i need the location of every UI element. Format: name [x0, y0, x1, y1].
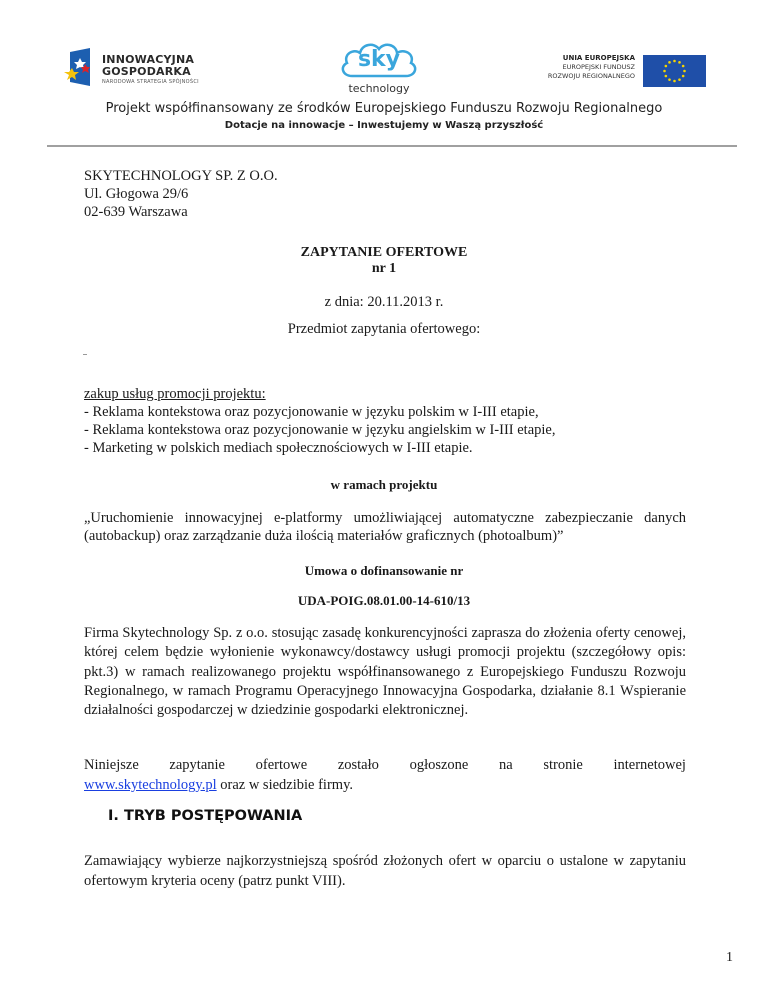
sky-wordmark: sky [330, 48, 428, 72]
company-city: 02-639 Warszawa [84, 203, 278, 221]
publication-word: ogłoszone [410, 755, 469, 775]
company-name: SKYTECHNOLOGY SP. Z O.O. [84, 167, 278, 185]
document-number: nr 1 [0, 261, 768, 277]
small-dash-mark [83, 354, 87, 355]
within-project-heading: w ramach projektu [0, 477, 768, 493]
technology-wordmark: technology [330, 82, 428, 95]
scope-item: - Reklama kontekstowa oraz pozycjonowani… [84, 421, 555, 439]
agreement-label: Umowa o dofinansowanie nr [0, 563, 768, 579]
document-title-block: ZAPYTANIE OFERTOWE nr 1 [0, 245, 768, 277]
ue-line2: EUROPEJSKI FUNDUSZ [510, 63, 635, 72]
document-title: ZAPYTANIE OFERTOWE [0, 245, 768, 261]
publication-line-1: Niniejszezapytanieofertowezostałoogłoszo… [84, 755, 686, 775]
scope-heading: zakup usług promocji projektu: [84, 385, 555, 403]
document-date: z dnia: 20.11.2013 r. [0, 293, 768, 311]
website-link[interactable]: www.skytechnology.pl [84, 777, 217, 793]
company-street: Ul. Głogowa 29/6 [84, 185, 278, 203]
unia-europejska-logo: UNIA EUROPEJSKA EUROPEJSKI FUNDUSZ ROZWO… [510, 50, 705, 90]
page-number: 1 [726, 950, 733, 966]
ue-line1: UNIA EUROPEJSKA [510, 54, 635, 63]
scope-item: - Marketing w polskich mediach społeczno… [84, 439, 555, 457]
subject-label: Przedmiot zapytania ofertowego: [0, 320, 768, 338]
publication-word: ofertowe [256, 755, 308, 775]
section-body: Zamawiający wybierze najkorzystniejszą s… [84, 851, 686, 891]
innowacyjna-gospodarka-flag-icon [64, 48, 92, 86]
cofinancing-line: Projekt współfinansowany ze środków Euro… [0, 101, 768, 116]
project-name: „Uruchomienie innowacyjnej e-platformy u… [84, 509, 686, 545]
strategia-text: NARODOWA STRATEGIA SPÓJNOŚCI [102, 79, 199, 85]
publication-tail: oraz w siedzibie firmy. [217, 777, 353, 793]
publication-word: zapytanie [169, 755, 225, 775]
ue-line3: ROZWOJU REGIONALNEGO [510, 72, 635, 81]
slogan-line: Dotacje na innowacje – Inwestujemy w Was… [0, 120, 768, 131]
innowacyjna-gospodarka-logo: INNOWACYJNA GOSPODARKA NARODOWA STRATEGI… [62, 46, 232, 90]
publication-word: internetowej [613, 755, 685, 775]
publication-paragraph: Niniejszezapytanieofertowezostałoogłoszo… [84, 755, 686, 795]
gospodarka-text: GOSPODARKA [102, 66, 199, 78]
sky-technology-logo: sky technology [330, 40, 440, 100]
scope-list: zakup usług promocji projektu: - Reklama… [84, 385, 555, 457]
publication-line-2: www.skytechnology.pl oraz w siedzibie fi… [84, 775, 686, 795]
intro-paragraph: Firma Skytechnology Sp. z o.o. stosując … [84, 624, 686, 720]
publication-word: na [499, 755, 513, 775]
header-divider [47, 145, 737, 147]
publication-word: Niniejsze [84, 755, 139, 775]
agreement-number: UDA-POIG.08.01.00-14-610/13 [0, 593, 768, 609]
scope-item: - Reklama kontekstowa oraz pozycjonowani… [84, 403, 555, 421]
section-heading: I. TRYB POSTĘPOWANIA [108, 808, 302, 824]
publication-word: stronie [543, 755, 582, 775]
eu-flag-icon [643, 55, 706, 87]
company-address: SKYTECHNOLOGY SP. Z O.O. Ul. Głogowa 29/… [84, 167, 278, 221]
publication-word: zostało [338, 755, 379, 775]
